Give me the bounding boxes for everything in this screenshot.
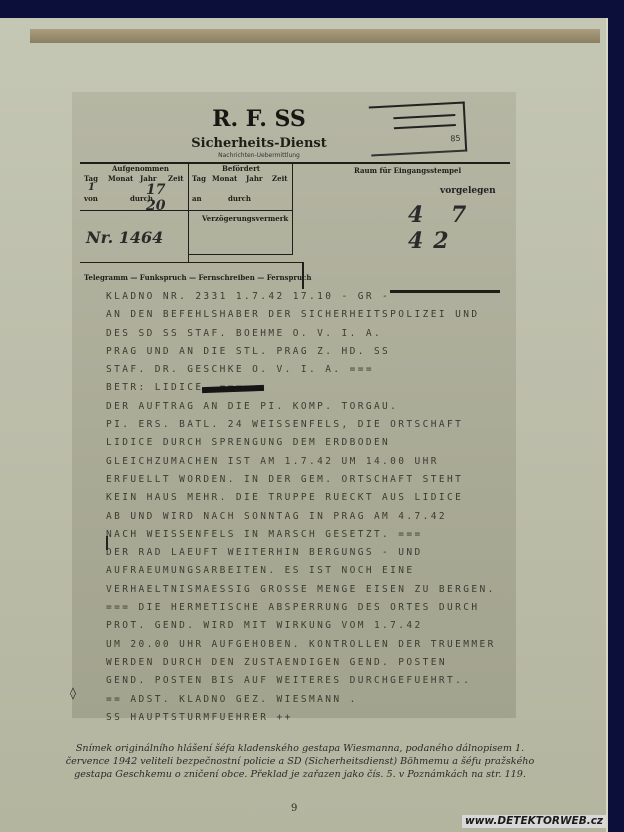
- to-label: an: [192, 194, 202, 203]
- teletype-line: GLEICHZUMACHEN IST AM 1.7.42 UM 14.00 UH…: [106, 453, 516, 471]
- teletype-line: BETR: LIDICE. ===: [106, 379, 516, 397]
- book-page: R. F. SS Sicherheits-Dienst Nachrichten-…: [0, 18, 608, 832]
- sent-col-month: Monat: [212, 174, 237, 183]
- delay-label: Verzögerungsvermerk: [202, 214, 288, 223]
- teletype-line: STAF. DR. GESCHKE O. V. I. A. ===: [106, 361, 516, 379]
- teletype-line: KLADNO NR. 2331 1.7.42 17.10 - GR -: [106, 288, 516, 306]
- teletype-text: KLADNO NR. 2331 1.7.42 17.10 - GR -AN DE…: [106, 288, 516, 727]
- received-block: Aufgenommen Tag Monat Jahr Zeit 1 von du…: [80, 164, 189, 211]
- stamp-number: 85: [450, 134, 461, 144]
- teletype-line: ERFUELLT WORDEN. IN DER GEM. ORTSCHAFT S…: [106, 471, 516, 489]
- col-month: Monat: [108, 174, 133, 183]
- from-label: von: [84, 194, 98, 203]
- teletype-line: DES SD SS STAF. BOEHME O. V. I. A.: [106, 325, 516, 343]
- teletype-line: DER RAD LAEUFT WEITERHIN BERGUNGS - UND: [106, 544, 516, 562]
- teletype-line: LIDICE DURCH SPRENGUNG DEM ERDBODEN: [106, 434, 516, 452]
- sent-label: Befördert: [222, 164, 260, 173]
- teletype-line: PRAG UND AN DIE STL. PRAG Z. HD. SS: [106, 343, 516, 361]
- page-top-edge: [30, 29, 600, 43]
- teletype-line: WERDEN DURCH DEN ZUSTAENDIGEN GEND. POST…: [106, 654, 516, 672]
- transmission-modes: Telegramm — Funkspruch — Fernschreiben —…: [84, 273, 312, 282]
- teletype-line: GEND. POSTEN BIS AUF WEITERES DURCHGEFUE…: [106, 672, 516, 690]
- sent-col-year: Jahr: [246, 174, 263, 183]
- telegram-form: Aufgenommen Tag Monat Jahr Zeit 1 von du…: [80, 162, 510, 288]
- modes-block: Telegramm — Funkspruch — Fernschreiben —…: [80, 262, 304, 289]
- teletype-line: AN DEN BEFEHLSHABER DER SICHERHEITSPOLIZ…: [106, 306, 516, 324]
- teletype-line: === DIE HERMETISCHE ABSPERRUNG DES ORTES…: [106, 599, 516, 617]
- teletype-line: PI. ERS. BATL. 24 WEISSENFELS, DIE ORTSC…: [106, 416, 516, 434]
- sent-block: Befördert Tag Monat Jahr Zeit an durch: [188, 164, 293, 211]
- teletype-line: UM 20.00 UHR AUFGEHOBEN. KONTROLLEN DER …: [106, 636, 516, 654]
- handwritten-number: Nr. 1464: [86, 228, 163, 247]
- teletype-line: VERHAELTNISMAESSIG GROSSE MENGE EISEN ZU…: [106, 581, 516, 599]
- sent-col-day: Tag: [192, 174, 206, 183]
- sent-col-time: Zeit: [272, 174, 287, 183]
- delay-block: Verzögerungsvermerk: [188, 210, 293, 255]
- diamond-mark-icon: ◊: [70, 686, 76, 700]
- teletype-line: SS HAUPTSTURMFUEHRER ++: [106, 709, 516, 727]
- photo-caption: Snímek originálního hlášení šéfa kladens…: [60, 742, 540, 781]
- teletype-line: KEIN HAUS MEHR. DIE TRUPPE RUECKT AUS LI…: [106, 489, 516, 507]
- teletype-line: AB UND WIRD NACH SONNTAG IN PRAG AM 4.7.…: [106, 508, 516, 526]
- stamp-area-label: Raum für Eingangsstempel: [354, 166, 461, 175]
- teletype-line: PROT. GEND. WIRD MIT WIRKUNG VOM 1.7.42: [106, 617, 516, 635]
- telegram-reproduction: R. F. SS Sicherheits-Dienst Nachrichten-…: [72, 92, 516, 718]
- teletype-line: DER AUFTRAG AN DIE PI. KOMP. TORGAU.: [106, 398, 516, 416]
- vorgelegen-note: vorgelegen: [440, 186, 496, 196]
- margin-mark: [106, 536, 108, 550]
- stamp-area: Raum für Eingangsstempel vorgelegen 4 7 …: [292, 164, 510, 288]
- handwritten-day: 1: [88, 182, 95, 193]
- teletype-line: NACH WEISSENFELS IN MARSCH GESETZT. ===: [106, 526, 516, 544]
- handwritten-date: 4 7 42: [408, 202, 510, 254]
- page-number: 9: [291, 803, 297, 814]
- teletype-line: AUFRAEUMUNGSARBEITEN. ES IST NOCH EINE: [106, 562, 516, 580]
- received-stamp: 85: [369, 102, 467, 157]
- number-block: Nr. 1464: [80, 210, 189, 262]
- received-label: Aufgenommen: [112, 164, 169, 173]
- teletype-line: == ADST. KLADNO GEZ. WIESMANN .: [106, 691, 516, 709]
- watermark: www.DETEKTORWEB.cz: [462, 815, 606, 828]
- sent-by-label: durch: [228, 194, 251, 203]
